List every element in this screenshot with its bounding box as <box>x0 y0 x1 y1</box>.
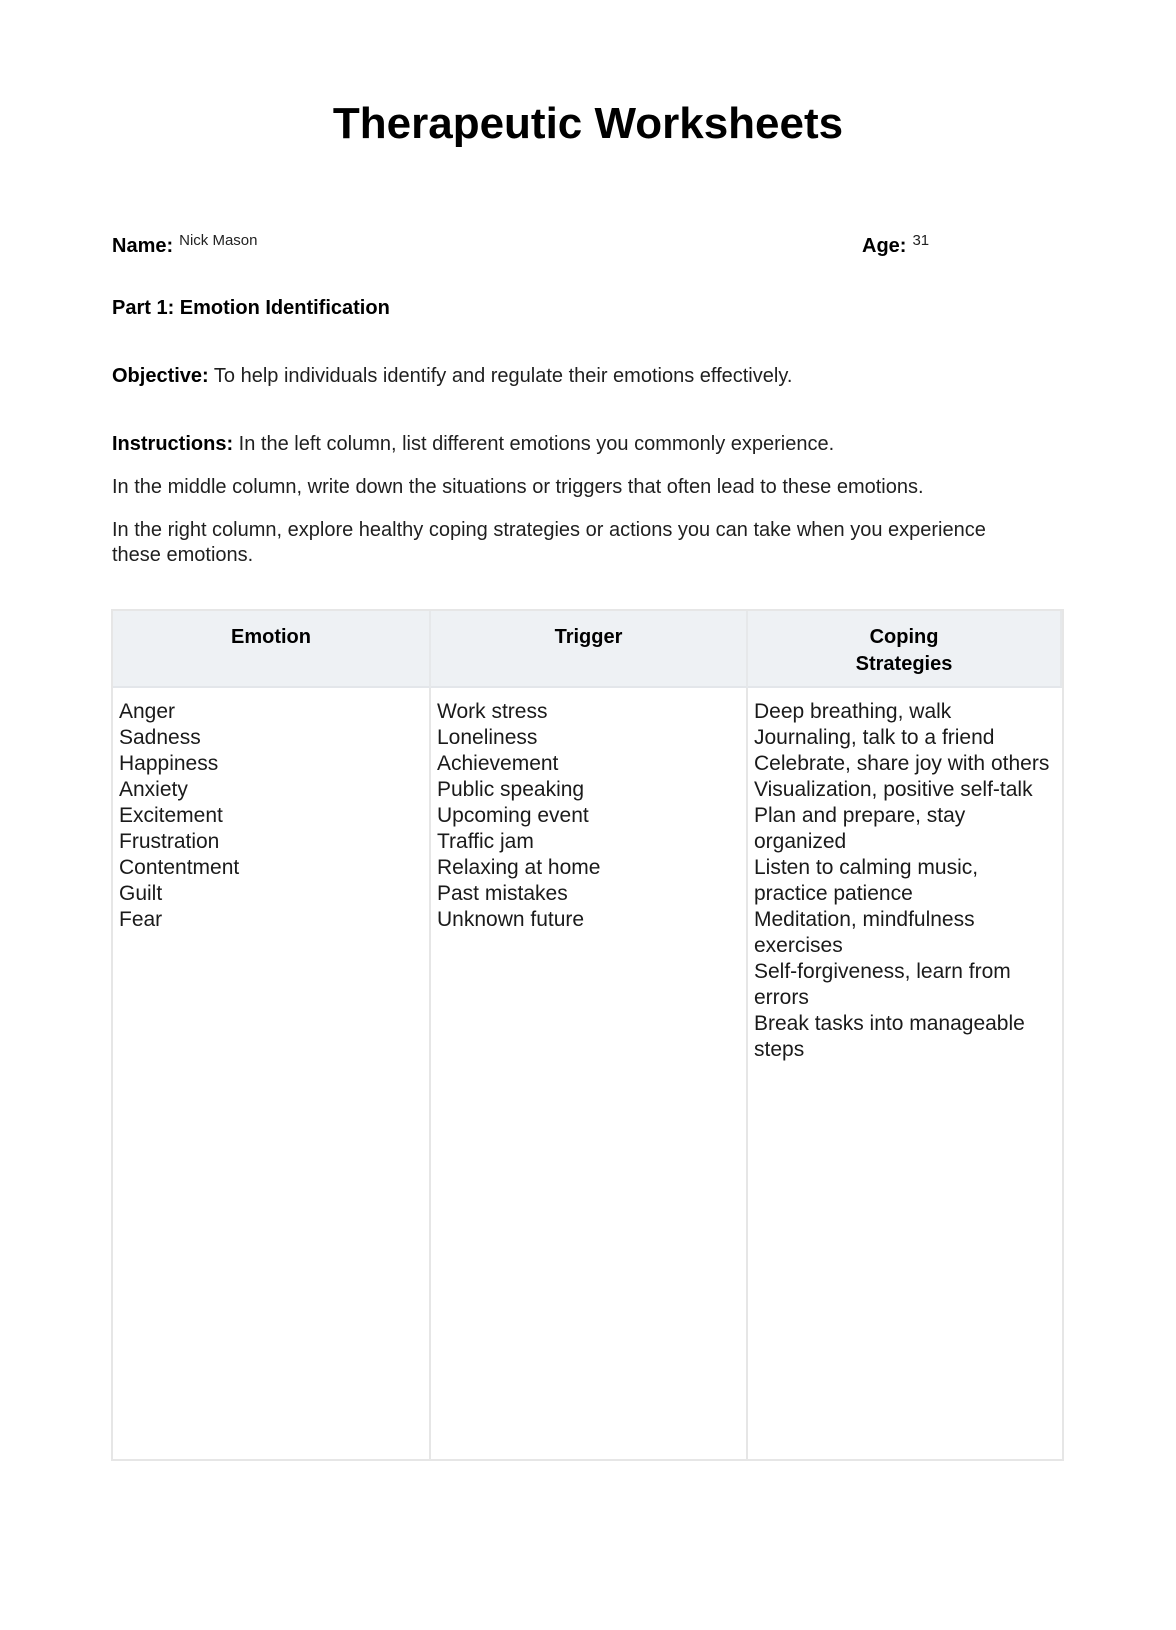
objective-paragraph: Objective: To help individuals identify … <box>112 364 1042 389</box>
trigger-item: Upcoming event <box>437 803 740 829</box>
coping-strategy-item: Deep breathing, walk <box>754 699 1052 725</box>
instructions-label: Instructions: <box>112 433 233 455</box>
name-field: Name:Nick Mason <box>112 228 258 259</box>
emotion-item: Guilt <box>119 881 423 907</box>
trigger-item: Public speaking <box>437 777 740 803</box>
emotion-item: Happiness <box>119 751 423 777</box>
header-trigger-label: Trigger <box>431 624 746 651</box>
trigger-cell[interactable]: Work stressLonelinessAchievementPublic s… <box>431 688 748 1459</box>
trigger-item: Traffic jam <box>437 829 740 855</box>
instructions-paragraph: Instructions: In the left column, list d… <box>112 432 1042 457</box>
header-coping-strategies: Coping Strategies <box>748 611 1062 688</box>
header-trigger: Trigger <box>431 611 748 688</box>
emotion-item: Excitement <box>119 803 423 829</box>
coping-strategy-item: Visualization, positive self-talk <box>754 777 1052 803</box>
age-label: Age: <box>862 235 906 257</box>
emotion-item: Sadness <box>119 725 423 751</box>
coping-strategy-item: Journaling, talk to a friend <box>754 725 1052 751</box>
trigger-item: Work stress <box>437 699 740 725</box>
header-coping-label-2: Strategies <box>748 651 1060 678</box>
age-value[interactable]: 31 <box>912 232 929 249</box>
coping-strategy-item: Listen to calming music, practice patien… <box>754 855 1052 907</box>
instructions-text-1: In the left column, list different emoti… <box>233 433 834 455</box>
name-value[interactable]: Nick Mason <box>179 232 257 249</box>
emotion-item: Fear <box>119 907 423 933</box>
header-emotion: Emotion <box>113 611 431 688</box>
coping-strategy-item: Break tasks into manageable steps <box>754 1011 1052 1063</box>
coping-strategy-item: Plan and prepare, stay organized <box>754 803 1052 855</box>
header-coping-label-1: Coping <box>748 624 1060 651</box>
instructions-text-3: In the right column, explore healthy cop… <box>112 518 1012 568</box>
emotion-item: Anger <box>119 699 423 725</box>
trigger-item: Unknown future <box>437 907 740 933</box>
emotion-table: Emotion Trigger Coping Strategies AngerS… <box>111 609 1064 1461</box>
trigger-item: Achievement <box>437 751 740 777</box>
trigger-item: Relaxing at home <box>437 855 740 881</box>
coping-strategy-item: Self-forgiveness, learn from errors <box>754 959 1052 1011</box>
coping-strategy-item: Meditation, mindfulness exercises <box>754 907 1052 959</box>
objective-label: Objective: <box>112 365 209 387</box>
instructions-text-2: In the middle column, write down the sit… <box>112 475 1042 500</box>
name-label: Name: <box>112 235 173 257</box>
age-field: Age:31 <box>862 228 929 259</box>
emotion-item: Anxiety <box>119 777 423 803</box>
emotion-item: Frustration <box>119 829 423 855</box>
trigger-item: Loneliness <box>437 725 740 751</box>
emotion-item: Contentment <box>119 855 423 881</box>
page-title: Therapeutic Worksheets <box>0 98 1176 150</box>
emotion-cell[interactable]: AngerSadnessHappinessAnxietyExcitementFr… <box>113 688 431 1459</box>
objective-text: To help individuals identify and regulat… <box>209 365 793 387</box>
coping-strategies-cell[interactable]: Deep breathing, walkJournaling, talk to … <box>748 688 1062 1459</box>
header-emotion-label: Emotion <box>113 624 429 651</box>
trigger-item: Past mistakes <box>437 881 740 907</box>
coping-strategy-item: Celebrate, share joy with others <box>754 751 1052 777</box>
section-heading: Part 1: Emotion Identification <box>112 296 1042 321</box>
